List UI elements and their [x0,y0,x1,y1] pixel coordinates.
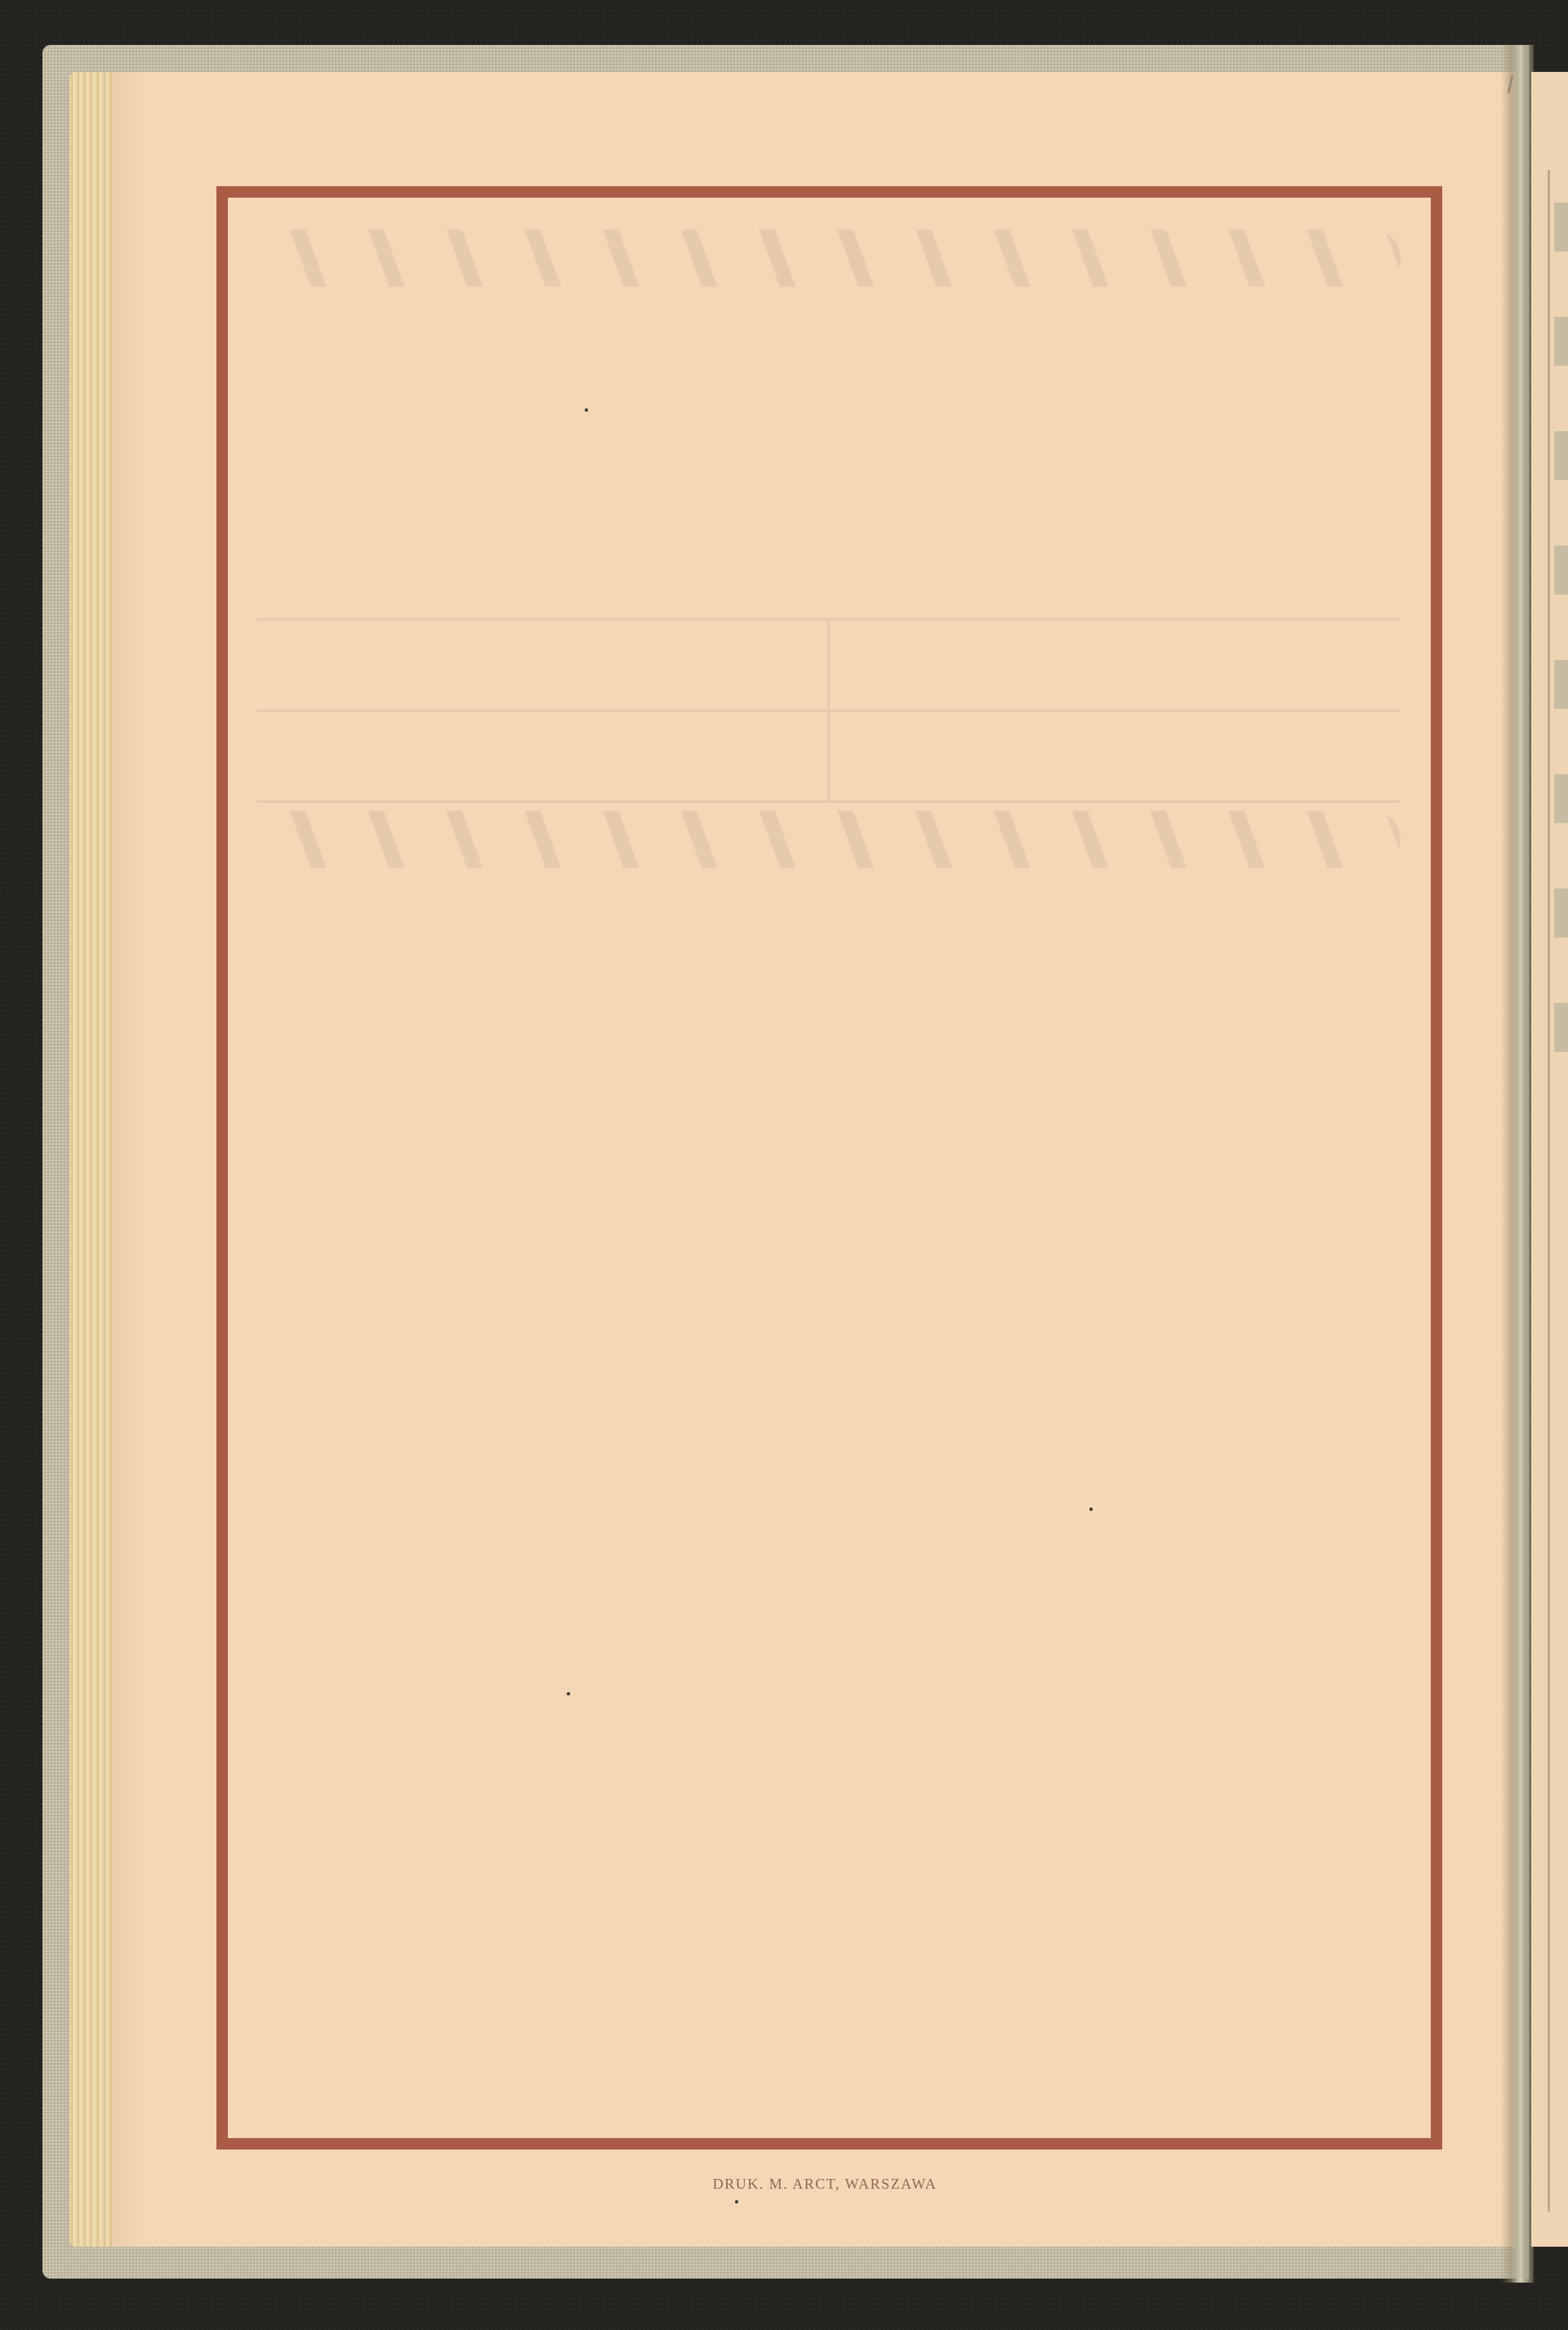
paper-speck [567,1692,570,1695]
imprint-text: DRUK. M. ARCT, WARSZAWA [713,2176,937,2192]
paper-speck [1089,1508,1093,1511]
decorative-page-frame [216,186,1442,2150]
facing-page-edge [1531,72,1568,2247]
page-block-edges [69,72,114,2247]
book-gutter [1501,45,1534,2283]
paper-speck [585,408,588,412]
printer-imprint: DRUK. M. ARCT, WARSZAWA [0,2176,1568,2193]
paper-speck [735,2200,738,2203]
facing-page-ornament [1554,203,1568,1060]
